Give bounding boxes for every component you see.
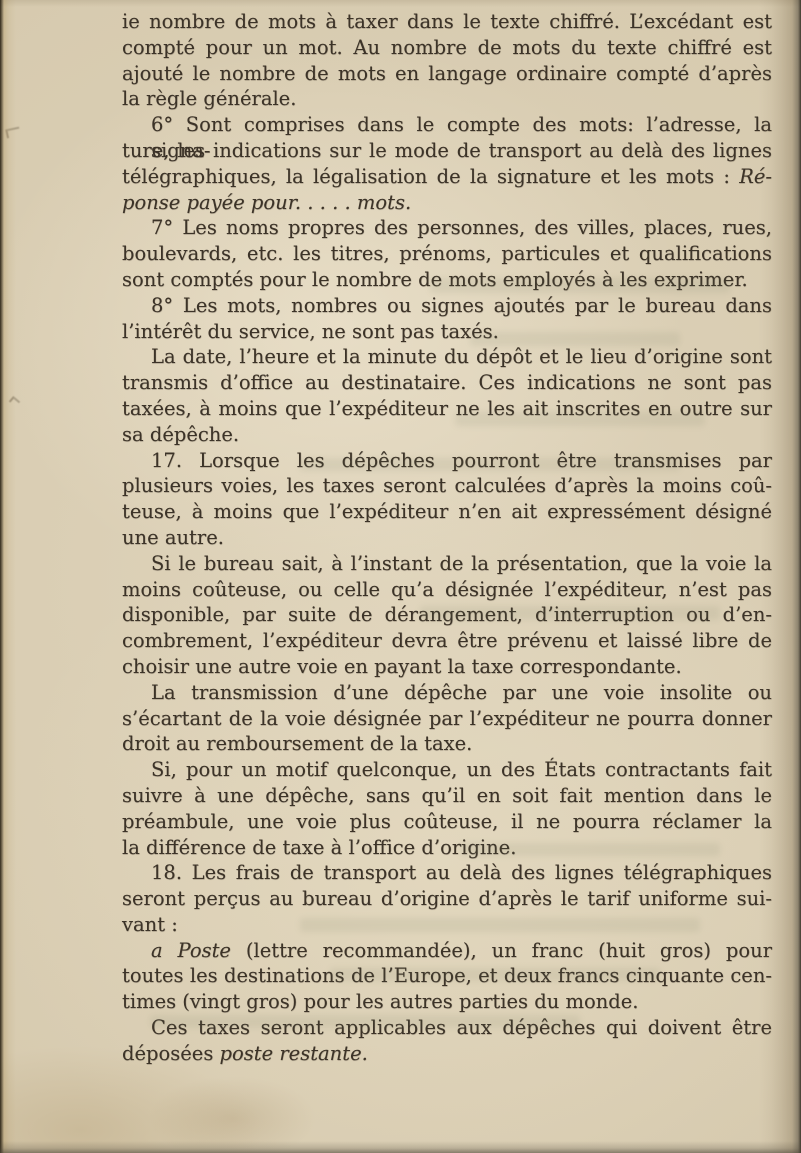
text-line: plusieurs voies, les taxes seront calcul… [122, 473, 772, 499]
text-segment: 17. Lorsque les dépêches pourront être t… [151, 449, 772, 472]
text-segment: plusieurs voies, les taxes seront calcul… [122, 474, 772, 497]
text-segment: déposées [122, 1042, 220, 1065]
text-line: combrement, l’expéditeur devra être prév… [122, 628, 772, 654]
text-segment: moins coûteuse, ou celle qu’a désignée l… [122, 578, 772, 601]
text-line: times (vingt gros) pour les autres parti… [122, 989, 772, 1015]
text-line: 18. Les frais de transport au delà des l… [122, 860, 772, 886]
italic-text-segment: poste restante. [220, 1042, 368, 1065]
text-line: la règle générale. [122, 86, 772, 112]
text-segment: ajouté le nombre de mots en langage ordi… [122, 62, 772, 85]
text-segment: ie nombre de mots à taxer dans le texte … [122, 10, 772, 33]
text-segment: toutes les destinations de l’Europe, et … [122, 964, 772, 987]
text-segment: suivre à une dépêche, sans qu’il en soit… [122, 784, 772, 807]
text-segment: taxées, à moins que l’expéditeur ne les … [122, 397, 772, 420]
text-segment: s’écartant de la voie désignée par l’exp… [122, 707, 772, 730]
text-line: 6° Sont comprises dans le compte des mot… [122, 112, 772, 138]
text-line: 8° Les mots, nombres ou signes ajoutés p… [122, 293, 772, 319]
text-segment: choisir une autre voie en payant la taxe… [122, 655, 682, 678]
text-segment: une autre. [122, 526, 224, 549]
italic-text-segment: Ré- [739, 165, 772, 188]
text-segment: ture, les indications sur le mode de tra… [122, 139, 772, 162]
text-line: transmis d’office au destinataire. Ces i… [122, 370, 772, 396]
text-segment: la règle générale. [122, 87, 296, 110]
text-segment: boulevards, etc. les titres, prénoms, pa… [122, 242, 772, 265]
text-segment: seront perçus au bureau d’origine d’aprè… [122, 887, 772, 910]
text-line: suivre à une dépêche, sans qu’il en soit… [122, 783, 772, 809]
text-line: déposées poste restante. [122, 1041, 772, 1067]
text-segment: disponible, par suite de dérangement, d’… [122, 603, 772, 626]
text-segment: Ces taxes seront applicables aux dépêche… [151, 1016, 772, 1039]
text-line: sont comptés pour le nombre de mots empl… [122, 267, 772, 293]
margin-pen-mark [9, 396, 20, 407]
text-line: La date, l’heure et la minute du dépôt e… [122, 344, 772, 370]
text-line: Si le bureau sait, à l’instant de la pré… [122, 551, 772, 577]
text-line: vant : [122, 912, 772, 938]
text-line: teuse, à moins que l’expéditeur n’en ait… [122, 499, 772, 525]
text-line: 7° Les noms propres des personnes, des v… [122, 215, 772, 241]
page-edge-left [0, 0, 16, 1153]
text-line: droit au remboursement de la taxe. [122, 731, 772, 757]
text-line: disponible, par suite de dérangement, d’… [122, 602, 772, 628]
text-line: Si, pour un motif quelconque, un des Éta… [122, 757, 772, 783]
text-segment: La transmission d’une dépêche par une vo… [151, 681, 772, 704]
text-line: boulevards, etc. les titres, prénoms, pa… [122, 241, 772, 267]
text-segment: teuse, à moins que l’expéditeur n’en ait… [122, 500, 772, 523]
text-segment: combrement, l’expéditeur devra être prév… [122, 629, 772, 652]
text-segment: l’intérêt du service, ne sont pas taxés. [122, 320, 499, 343]
text-segment: sa dépêche. [122, 423, 239, 446]
text-line: taxées, à moins que l’expéditeur ne les … [122, 396, 772, 422]
text-segment: sont comptés pour le nombre de mots empl… [122, 268, 748, 291]
page-edge-top [0, 0, 801, 7]
text-line: 17. Lorsque les dépêches pourront être t… [122, 448, 772, 474]
text-line: Ces taxes seront applicables aux dépêche… [122, 1015, 772, 1041]
text-segment: préambule, une voie plus coûteuse, il ne… [122, 810, 772, 833]
text-line: l’intérêt du service, ne sont pas taxés. [122, 319, 772, 345]
text-segment: times (vingt gros) pour les autres parti… [122, 990, 638, 1013]
text-line: compté pour un mot. Au nombre de mots du… [122, 35, 772, 61]
text-segment: 7° Les noms propres des personnes, des v… [151, 216, 772, 239]
text-segment: Si, pour un motif quelconque, un des Éta… [151, 758, 772, 781]
italic-text-segment: a Poste [151, 939, 231, 962]
margin-pen-mark [5, 127, 21, 139]
text-line: moins coûteuse, ou celle qu’a désignée l… [122, 577, 772, 603]
text-line: télégraphiques, la légalisation de la si… [122, 164, 772, 190]
text-line: ture, les indications sur le mode de tra… [122, 138, 772, 164]
text-line: s’écartant de la voie désignée par l’exp… [122, 706, 772, 732]
text-line: toutes les destinations de l’Europe, et … [122, 963, 772, 989]
page-edge-bottom [0, 1141, 801, 1153]
text-line: ie nombre de mots à taxer dans le texte … [122, 9, 772, 35]
text-line: a Poste (lettre recommandée), un franc (… [122, 938, 772, 964]
text-segment: droit au remboursement de la taxe. [122, 732, 472, 755]
text-segment: Si le bureau sait, à l’instant de la pré… [151, 552, 772, 575]
text-line: sa dépêche. [122, 422, 772, 448]
text-segment: 8° Les mots, nombres ou signes ajoutés p… [151, 294, 772, 317]
text-line: ajouté le nombre de mots en langage ordi… [122, 61, 772, 87]
text-line: La transmission d’une dépêche par une vo… [122, 680, 772, 706]
scanned-book-page: ie nombre de mots à taxer dans le texte … [0, 0, 801, 1153]
text-line: seront perçus au bureau d’origine d’aprè… [122, 886, 772, 912]
text-segment: La date, l’heure et la minute du dépôt e… [151, 345, 772, 368]
text-segment: compté pour un mot. Au nombre de mots du… [122, 36, 772, 59]
italic-text-segment: ponse payée pour. . . . . mots. [122, 191, 411, 214]
text-segment: télégraphiques, la légalisation de la si… [122, 165, 739, 188]
text-line: choisir une autre voie en payant la taxe… [122, 654, 772, 680]
text-segment: la différence de taxe à l’office d’origi… [122, 836, 516, 859]
text-block: ie nombre de mots à taxer dans le texte … [122, 9, 772, 1067]
text-line: une autre. [122, 525, 772, 551]
text-segment: (lettre recommandée), un franc (huit gro… [231, 939, 772, 962]
text-line: préambule, une voie plus coûteuse, il ne… [122, 809, 772, 835]
text-segment: 18. Les frais de transport au delà des l… [151, 861, 772, 884]
text-line: la différence de taxe à l’office d’origi… [122, 835, 772, 861]
text-segment: vant : [122, 913, 178, 936]
text-line: ponse payée pour. . . . . mots. [122, 190, 772, 216]
text-segment: transmis d’office au destinataire. Ces i… [122, 371, 772, 394]
